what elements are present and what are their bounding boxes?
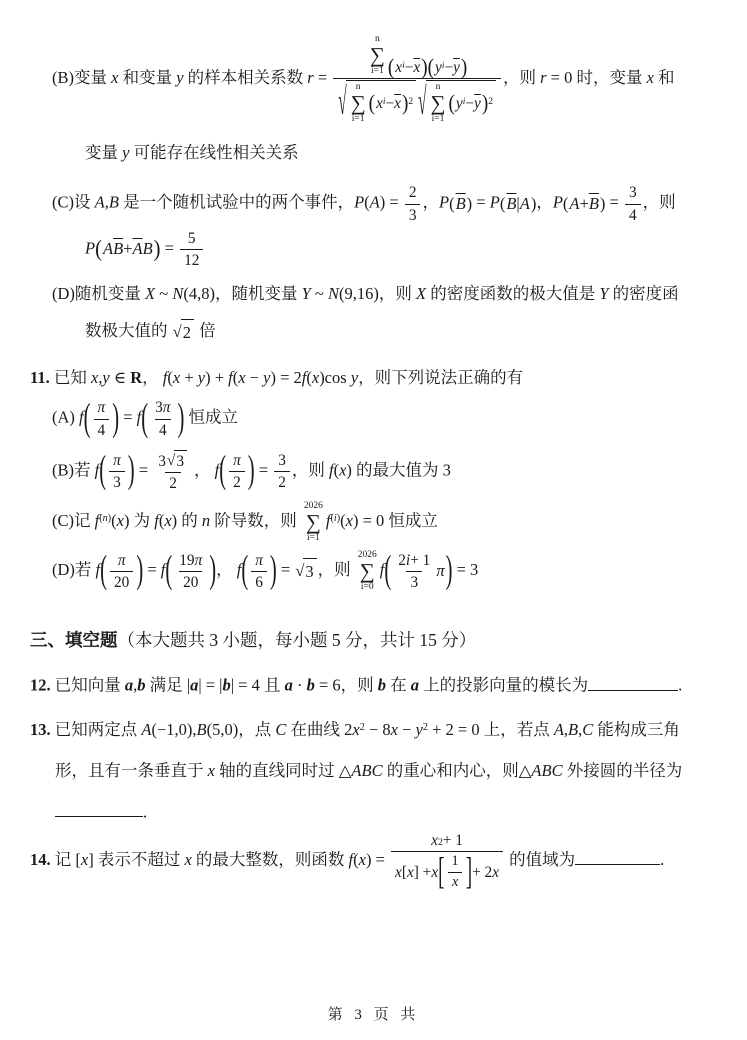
math-vector: b — [378, 676, 386, 695]
numerator: 3√3 — [154, 450, 192, 472]
math-variable: N — [172, 284, 183, 303]
math-text: ，则 — [643, 193, 676, 212]
math-text: − 8 — [365, 720, 391, 739]
page-footer: 第 3 页 共 — [0, 1004, 747, 1027]
denominator: x — [448, 872, 462, 892]
math-variable: C — [275, 720, 286, 739]
math-text: ， — [142, 368, 163, 387]
math-variable: n — [202, 511, 210, 530]
open-bracket: ( — [100, 552, 107, 591]
radicand: 2 — [181, 319, 194, 346]
open-bracket: [ — [438, 853, 444, 891]
math-text: 形，且有一条垂直于 — [55, 761, 208, 780]
math-text: + — [180, 368, 198, 387]
math-variable: A — [554, 720, 564, 739]
bracket-group: (AB + AB) — [95, 237, 160, 262]
fraction: 2i + 13 — [394, 551, 434, 592]
bracket-group: [1x] — [438, 853, 472, 892]
math-text: (A) — [52, 408, 79, 427]
math-variable: P — [553, 193, 563, 212]
bracket-group: (2i + 13π) — [384, 551, 452, 592]
math-variable: A — [520, 192, 530, 217]
radicand: 3 — [174, 450, 187, 471]
math-text: 记 [ — [51, 850, 81, 869]
math-text: ) 为 — [124, 511, 154, 530]
math-variable: y — [435, 58, 442, 77]
answer-blank — [588, 673, 678, 691]
superscript: (n) — [99, 513, 111, 524]
open-bracket: ( — [84, 399, 91, 438]
math-text: ， — [536, 193, 553, 212]
open-bracket: ( — [449, 92, 455, 114]
numerator: x2 + 1 — [427, 831, 467, 851]
math-variable: x — [164, 511, 171, 530]
math-text: = — [277, 560, 295, 579]
math-text: 变量 — [85, 143, 122, 162]
math-text: ，则 — [503, 68, 540, 87]
math-text: ) 的 — [172, 511, 202, 530]
math-text: （本大题共 3 小题，每小题 5 分，共计 15 分） — [118, 630, 477, 650]
close-bracket: ) — [270, 552, 277, 591]
numerator: π — [251, 551, 267, 571]
bracket-content: AB + AB — [102, 237, 154, 262]
math-text: ) = 0 恒成立 — [353, 511, 438, 530]
math-variable: B — [143, 237, 153, 262]
radicand: n∑i=1(xi − x)2 — [346, 80, 416, 125]
denominator: 2 — [165, 472, 181, 493]
math-text: = 0 时，变量 — [547, 68, 647, 87]
math-variable: C — [582, 720, 593, 739]
math-variable: π — [163, 398, 171, 417]
bracket-content: 19π20 — [172, 551, 209, 592]
answer-blank — [575, 848, 660, 866]
math-text: 3 — [278, 451, 286, 470]
bracket-content: 3π4 — [148, 398, 177, 439]
lower-limit: i=1 — [352, 114, 365, 125]
fraction: 3π4 — [151, 398, 174, 439]
q10-option-D-line1: (D)随机变量 X ~ N(4,8)，随机变量 Y ~ N(9,16)，则 X … — [30, 282, 713, 307]
overbar-variable: B — [589, 192, 599, 217]
math-text: | = 4 且 — [231, 676, 285, 695]
math-variable: x — [346, 511, 353, 530]
fraction: π4 — [94, 398, 110, 439]
close-bracket: ) — [128, 452, 135, 491]
math-text: ) = 2 — [270, 368, 301, 387]
bracket-content: π6 — [248, 551, 270, 592]
math-variable: π — [436, 559, 444, 584]
bracket-content: A + B — [568, 192, 600, 217]
question-12: 12. 已知向量 a,b 满足 |a| = |b| = 4 且 a · b = … — [30, 673, 713, 698]
bracket-content: 1x — [445, 853, 466, 892]
math-variable: π — [255, 551, 263, 570]
question-14: 14. 记 [x] 表示不超过 x 的最大整数，则函数 f(x) = x2 + … — [30, 831, 713, 892]
fraction: n∑i=1(xi − x)(yi − y)√n∑i=1(xi − x)2√n∑i… — [333, 34, 501, 125]
bold-text: 11. — [30, 368, 50, 387]
fraction: 34 — [625, 183, 641, 224]
numerator: 2i + 1 — [394, 551, 434, 571]
overbar-variable: y — [453, 58, 460, 77]
math-variable: x — [238, 368, 245, 387]
math-text: )cos — [319, 368, 351, 387]
bracket-content: π20 — [107, 551, 136, 592]
math-text: 2 — [398, 551, 406, 570]
bracket-content: 2i + 13π — [391, 551, 445, 592]
q10-option-C-line2: P(AB + AB) = 512 — [30, 229, 713, 270]
math-text: (D)若 — [52, 560, 96, 579]
math-text: + 2 = 0 上，若点 — [428, 720, 554, 739]
math-text: 3 — [113, 473, 121, 492]
bold-text: 12. — [30, 676, 51, 695]
bold-text: 三、填空题 — [30, 630, 118, 650]
math-text: (D)随机变量 — [52, 284, 145, 303]
math-text: 4 — [629, 206, 637, 225]
question-13-line2: 形，且有一条垂直于 x 轴的直线同时过 △ABC 的重心和内心，则△ABC 外接… — [30, 759, 713, 784]
overbar-variable: A — [132, 237, 142, 262]
square-root: √n∑i=1(yi − y)2 — [418, 80, 496, 125]
open-bracket: ( — [384, 552, 391, 591]
math-variable: x — [117, 511, 124, 530]
math-text: ) + — [205, 368, 228, 387]
bracket-content: π2 — [226, 451, 248, 492]
math-text: 12 — [184, 251, 199, 270]
math-text: = — [255, 460, 273, 479]
bracket-group: (xi − x) — [369, 94, 409, 113]
math-vector: a — [411, 676, 419, 695]
summation: 2026∑i=0 — [358, 550, 377, 593]
fraction: 19π20 — [175, 551, 206, 592]
square-root: √3 — [167, 450, 187, 471]
math-text: (C)记 — [52, 511, 95, 530]
math-variable: x — [395, 58, 402, 77]
section-3-heading: 三、填空题（本大题共 3 小题，每小题 5 分，共计 15 分） — [30, 627, 713, 653]
math-variable: ABC — [351, 761, 382, 780]
math-variable: ABC — [531, 761, 562, 780]
math-text: 恒成立 — [184, 408, 238, 427]
math-variable: Y — [302, 284, 311, 303]
math-variable: x — [395, 863, 402, 882]
math-variable: A — [95, 193, 105, 212]
open-bracket: ( — [428, 56, 434, 78]
math-variable: A — [569, 192, 579, 217]
math-text: 2 — [409, 183, 417, 202]
math-text: ∈ — [110, 368, 130, 387]
denominator: x[x] + x[1x] + 2x — [391, 851, 503, 892]
math-text: 3 — [305, 560, 313, 585]
numerator: π — [94, 398, 110, 418]
math-text: 的重心和内心，则△ — [383, 761, 532, 780]
math-text: 6 — [255, 573, 263, 592]
q10-option-B-line1: (B)变量 x 和变量 y 的样本相关系数 r = n∑i=1(xi − x)(… — [30, 34, 713, 125]
bracket-group: (3π4) — [141, 398, 184, 439]
sigma-icon: ∑ — [351, 93, 366, 114]
radicand: 3 — [303, 558, 316, 585]
math-text: (4,8)，随机变量 — [183, 284, 301, 303]
math-text: 数极大值的 — [85, 321, 172, 340]
math-text: ) = — [366, 850, 389, 869]
math-variable: x — [352, 720, 359, 739]
math-variable: P — [85, 238, 95, 257]
math-text: ，则 — [318, 560, 355, 579]
lower-limit: i=1 — [432, 114, 445, 125]
bracket-content: xi − x — [375, 94, 402, 113]
radical-sign: √ — [418, 46, 426, 158]
math-variable: x — [376, 94, 383, 113]
math-variable: π — [113, 451, 121, 470]
radicand: n∑i=1(yi − y)2 — [426, 80, 496, 125]
bracket-content: yi − y — [455, 94, 482, 113]
lower-limit: i=0 — [361, 582, 374, 593]
math-text: = — [143, 560, 161, 579]
numerator: 3 — [625, 183, 641, 203]
math-variable: B — [197, 720, 207, 739]
math-text: ] 表示不超过 — [88, 850, 184, 869]
denominator: 2 — [274, 471, 290, 492]
math-variable: N — [328, 284, 339, 303]
close-bracket: ) — [461, 56, 467, 78]
math-variable: π — [233, 451, 241, 470]
math-text: − — [398, 720, 416, 739]
q10-option-C-line1: (C)设 A,B 是一个随机试验中的两个事件，P(A) = 23，P(B) = … — [30, 183, 713, 224]
bracket-group: (yi − y) — [449, 94, 489, 113]
q10-option-B-line2: 变量 y 可能存在线性相关关系 — [30, 141, 713, 166]
math-text: . — [143, 802, 147, 821]
math-text: + — [580, 192, 589, 217]
math-text: . — [678, 676, 682, 695]
denominator: 20 — [110, 571, 133, 592]
numerator: 3 — [274, 451, 290, 471]
math-variable: X — [145, 284, 155, 303]
math-text: 和变量 — [118, 68, 176, 87]
math-variable: π — [118, 551, 126, 570]
math-text: + 1 — [410, 551, 430, 570]
close-bracket: ) — [482, 92, 488, 114]
fraction: 23 — [405, 183, 421, 224]
open-bracket: ( — [388, 56, 394, 78]
bracket-group: (yi − y) — [428, 58, 468, 77]
summation: 2026∑i=1 — [304, 501, 323, 544]
numerator: 1 — [448, 853, 463, 872]
denominator: 12 — [180, 249, 203, 270]
math-variable: x — [359, 850, 366, 869]
fraction: π20 — [110, 551, 133, 592]
overbar-variable: B — [113, 237, 123, 262]
math-text: − — [465, 94, 474, 113]
math-vector: a — [125, 676, 133, 695]
math-text: 满足 — [146, 676, 187, 695]
square-root: √3 — [295, 558, 316, 585]
math-text: 和 — [654, 68, 675, 87]
bracket-group: (19π20) — [165, 551, 216, 592]
math-variable: P — [490, 193, 500, 212]
square-root: √2 — [173, 319, 194, 346]
math-text: 4 — [98, 421, 106, 440]
q11-option-B: (B)若 f(π3) = 3√32， f(π2) = 32，则 f(x) 的最大… — [30, 450, 713, 493]
math-text: − — [246, 368, 264, 387]
open-bracket: ( — [165, 552, 172, 591]
math-variable: x — [184, 850, 191, 869]
math-text: ，则 — [292, 460, 329, 479]
bracket-group: (π6) — [241, 551, 276, 592]
close-bracket: ) — [248, 452, 255, 491]
math-text: = — [605, 193, 623, 212]
question-13-answer-blank-line: . — [30, 800, 713, 825]
numerator: π — [109, 451, 125, 471]
bracket-content: B | A — [505, 192, 531, 217]
superscript: 2 — [408, 97, 413, 109]
overbar-variable: x — [394, 94, 401, 113]
fraction: 1x — [448, 853, 463, 892]
question-13-line1: 13. 已知两定点 A(−1,0),B(5,0)，点 C 在曲线 2x2 − 8… — [30, 718, 713, 743]
lower-limit: i=1 — [371, 66, 384, 77]
math-text: (−1,0), — [151, 720, 196, 739]
fraction: 512 — [180, 229, 203, 270]
math-text: 3 — [158, 452, 166, 471]
math-variable: A — [370, 193, 380, 212]
math-text: ，则下列说法正确的有 — [358, 368, 523, 387]
math-text: 倍 — [195, 321, 216, 340]
math-text: 2 — [278, 473, 286, 492]
close-bracket: ) — [154, 238, 161, 262]
bracket-group: (A + B) — [563, 192, 606, 217]
bracket-group: (B) — [449, 192, 472, 217]
math-text: 3 — [409, 206, 417, 225]
numerator: 5 — [184, 229, 200, 249]
denominator: 4 — [94, 419, 110, 440]
math-vector: b — [137, 676, 145, 695]
overbar-variable: B — [456, 192, 466, 217]
math-text: = 3 — [452, 560, 478, 579]
math-text: 外接圆的半径为 — [563, 761, 683, 780]
math-text: 在曲线 2 — [286, 720, 352, 739]
math-text: (C)设 — [52, 193, 95, 212]
math-text: 是一个随机试验中的两个事件， — [119, 193, 354, 212]
math-variable: x — [391, 720, 398, 739]
fraction: π2 — [229, 451, 245, 492]
math-vector: b — [307, 676, 315, 695]
fraction: x2 + 1x[x] + x[1x] + 2x — [391, 831, 503, 892]
math-text: 2 — [233, 473, 241, 492]
close-bracket: ) — [112, 399, 119, 438]
sigma-icon: ∑ — [431, 93, 446, 114]
q11-option-A: (A) f(π4) = f(3π4) 恒成立 — [30, 398, 713, 439]
math-text: = — [472, 193, 490, 212]
bracket-group: (π3) — [99, 451, 134, 492]
fraction: 32 — [274, 451, 290, 492]
answer-blank — [55, 800, 143, 818]
math-variable: π — [195, 551, 203, 570]
bracket-content: B — [455, 192, 467, 217]
math-text: − — [444, 58, 453, 77]
math-text: = 6，则 — [315, 676, 378, 695]
math-text: 3 — [629, 183, 637, 202]
open-bracket: ( — [241, 552, 248, 591]
bracket-group: (π4) — [84, 398, 119, 439]
math-text: 3 — [410, 573, 418, 592]
fraction: 3√32 — [154, 450, 192, 493]
math-text: 上的投影向量的模长为 — [419, 676, 588, 695]
bracket-group: (π20) — [100, 551, 143, 592]
math-text: 19 — [179, 551, 194, 570]
math-variable: x — [492, 863, 499, 882]
math-text: 20 — [114, 573, 129, 592]
math-text: | = | — [198, 676, 222, 695]
math-variable: y — [176, 68, 183, 87]
math-variable: x — [647, 68, 654, 87]
lower-limit: i=1 — [307, 533, 320, 544]
math-text: 3 — [176, 452, 184, 471]
math-text: ] + — [414, 863, 432, 882]
math-text: = — [161, 238, 179, 257]
fraction: π6 — [251, 551, 267, 592]
math-text: + 2 — [472, 863, 492, 882]
math-variable: x — [431, 831, 438, 850]
bold-text: R — [130, 368, 142, 387]
math-text: 的值域为 — [505, 850, 575, 869]
math-text: 在 — [386, 676, 411, 695]
close-bracket: ) — [177, 399, 184, 438]
numerator: π — [229, 451, 245, 471]
math-text: − — [386, 94, 395, 113]
summation: n∑i=1 — [370, 34, 385, 77]
math-vector: b — [222, 676, 230, 695]
math-variable: π — [98, 398, 106, 417]
math-text: (5,0)，点 — [207, 720, 276, 739]
math-variable: y — [416, 720, 423, 739]
math-text: (B)若 — [52, 460, 95, 479]
denominator: 6 — [251, 571, 267, 592]
bracket-group: (B | A) — [500, 192, 537, 217]
numerator: 3π — [151, 398, 174, 418]
bold-text: 13. — [30, 720, 51, 739]
sigma-icon: ∑ — [360, 561, 375, 582]
math-text: 5 — [188, 229, 196, 248]
square-root: √n∑i=1(xi − x)2 — [338, 80, 416, 125]
math-variable: B — [109, 193, 119, 212]
superscript: 2 — [488, 97, 493, 109]
open-bracket: ( — [141, 399, 148, 438]
math-text: ~ — [311, 284, 328, 303]
math-text: + 1 — [443, 831, 463, 850]
close-bracket: ) — [402, 92, 408, 114]
denominator: 3 — [406, 571, 422, 592]
math-text: 2 — [169, 474, 177, 493]
math-text: 可能存在线性相关关系 — [129, 143, 298, 162]
math-text: ) 的最大值为 3 — [346, 460, 451, 479]
denominator: 3 — [109, 471, 125, 492]
math-text: ， — [216, 560, 237, 579]
numerator: π — [114, 551, 130, 571]
math-text: 的样本相关系数 — [184, 68, 308, 87]
numerator: 2 — [405, 183, 421, 203]
math-text: 轴的直线同时过 △ — [215, 761, 351, 780]
math-variable: A — [103, 237, 113, 262]
math-variable: x — [407, 863, 414, 882]
fraction: π3 — [109, 451, 125, 492]
denominator: 20 — [179, 571, 202, 592]
denominator: 4 — [155, 419, 171, 440]
math-text: = — [135, 460, 153, 479]
math-text: ， — [422, 193, 439, 212]
math-variable: X — [416, 284, 426, 303]
sigma-icon: ∑ — [370, 45, 385, 66]
denominator: √n∑i=1(xi − x)2√n∑i=1(yi − y)2 — [333, 78, 501, 125]
open-bracket: ( — [95, 238, 102, 262]
bracket-group: (π2) — [219, 451, 254, 492]
overbar-variable: B — [506, 192, 516, 217]
q11-option-D: (D)若 f(π20) = f(19π20)， f(π6) = √3，则 202… — [30, 550, 713, 593]
bold-text: 14. — [30, 850, 51, 869]
math-text: 已知两定点 — [51, 720, 142, 739]
